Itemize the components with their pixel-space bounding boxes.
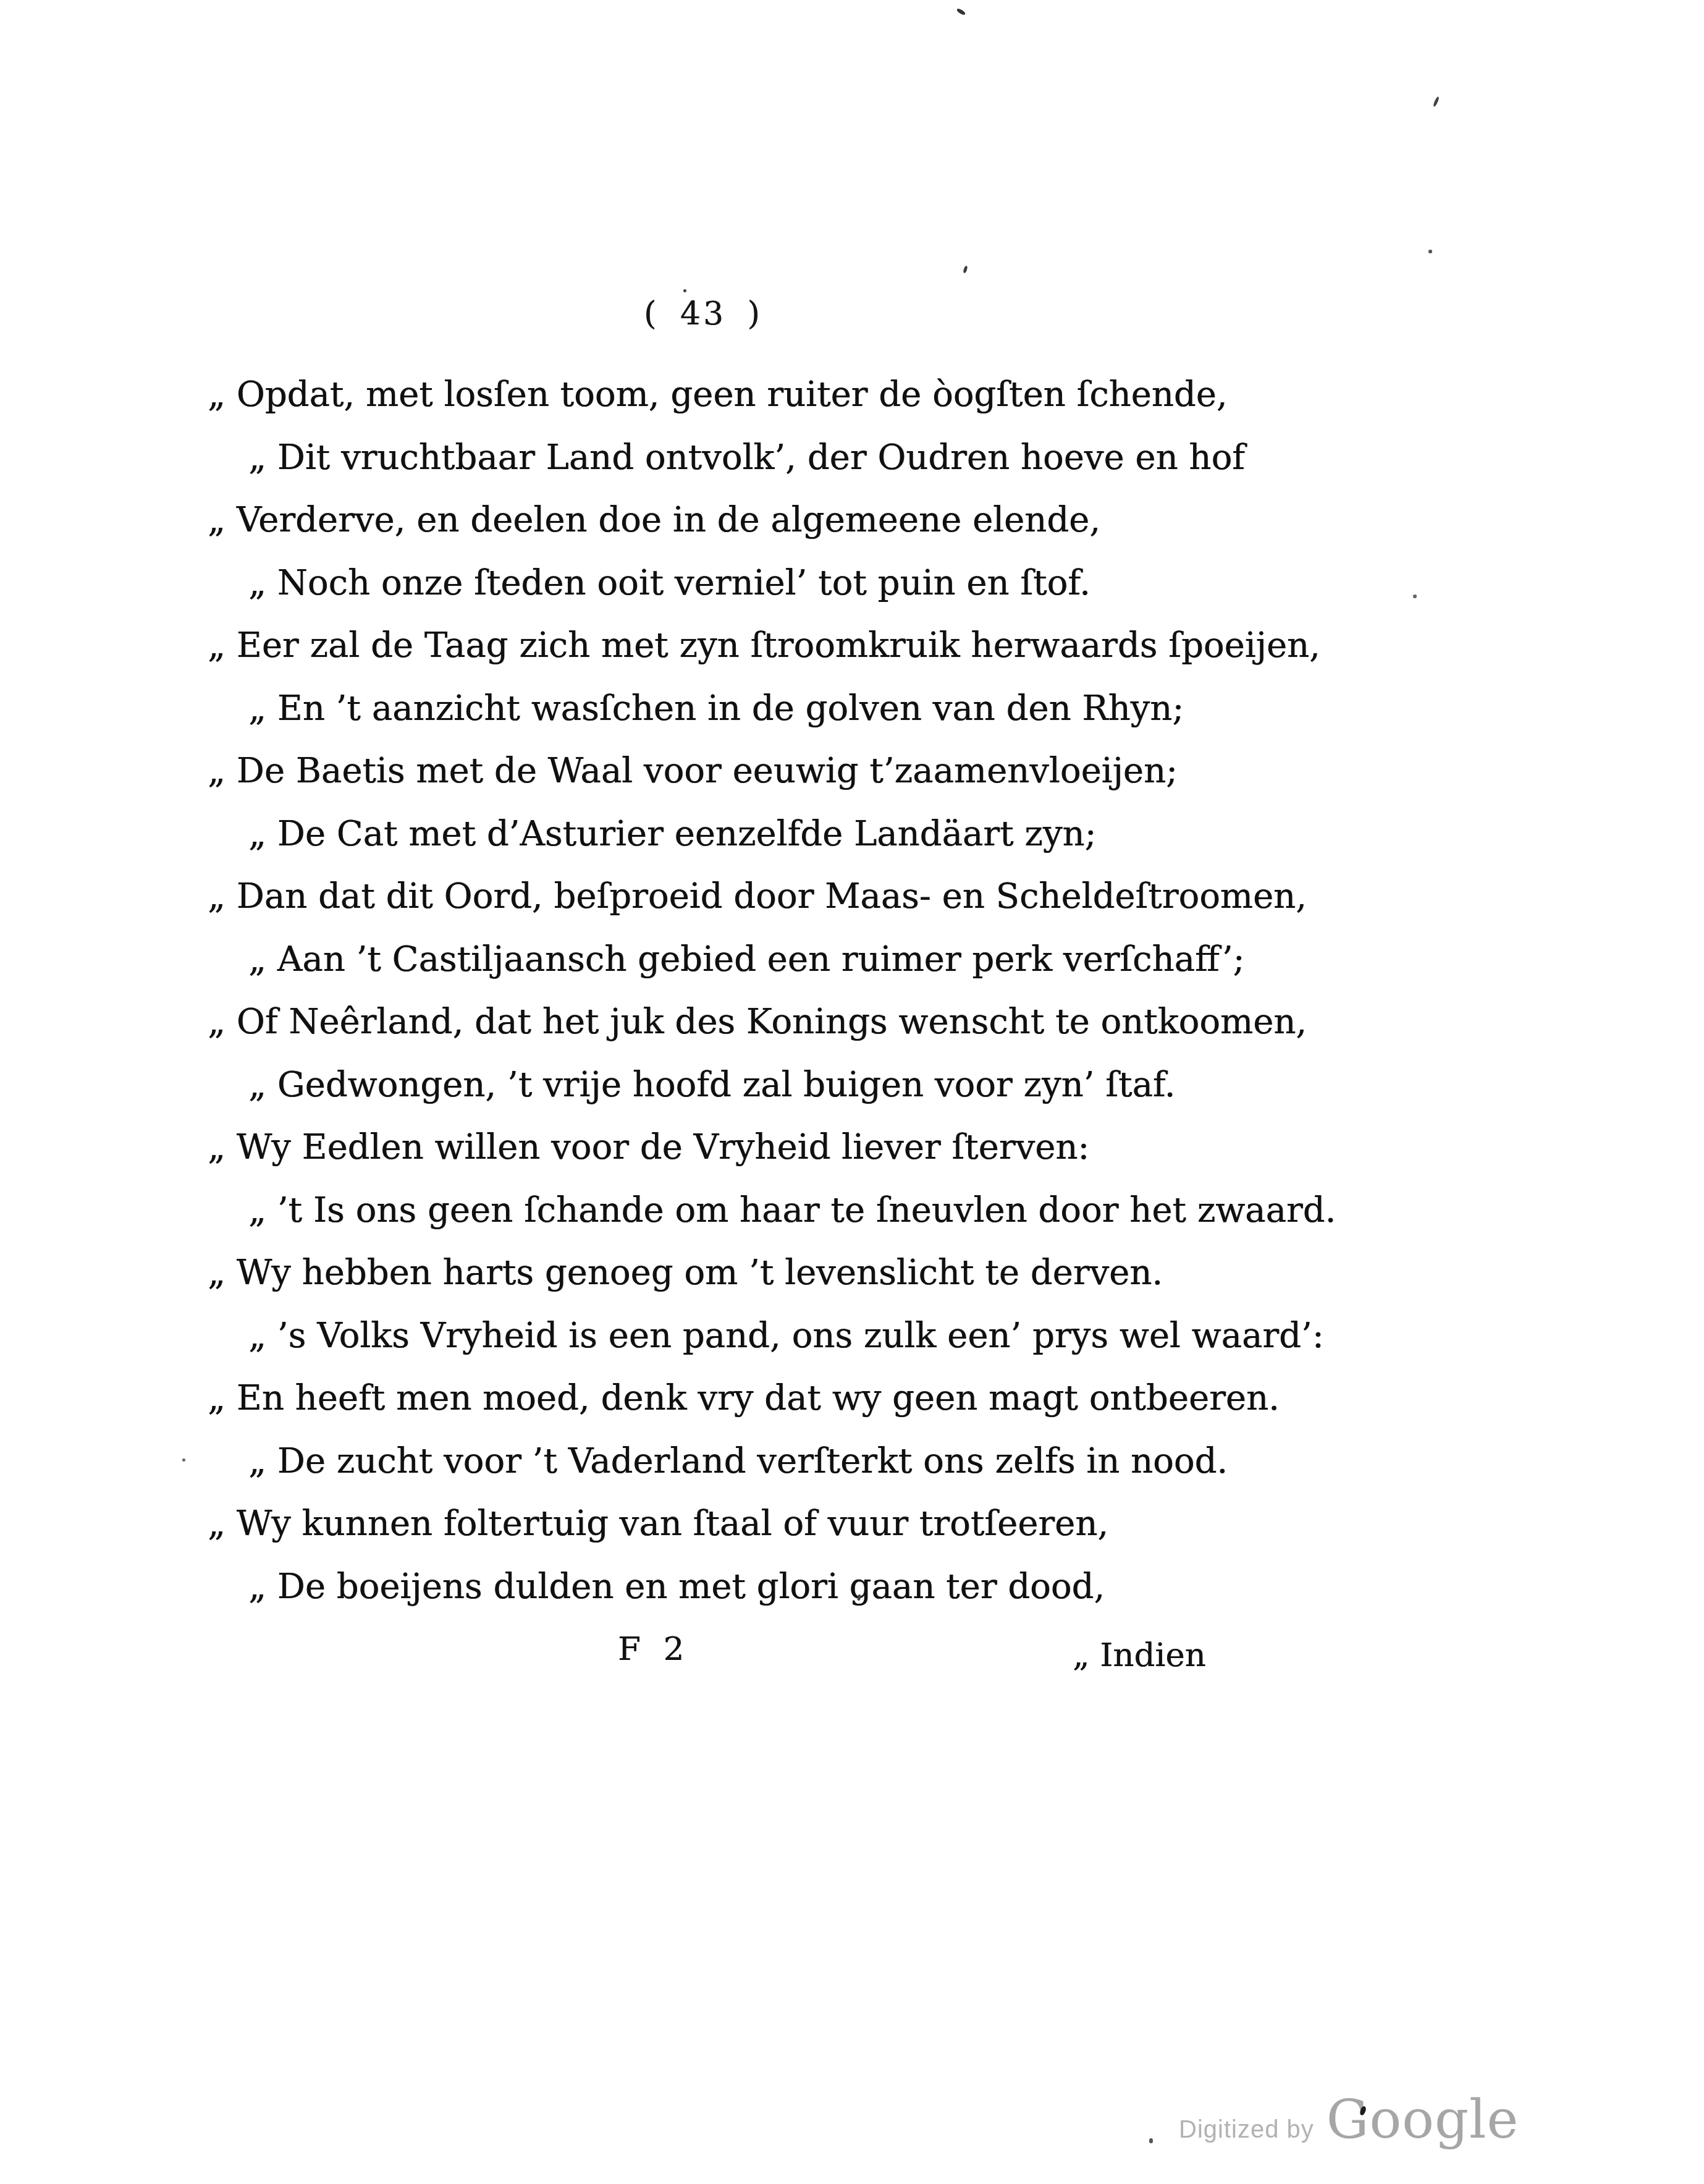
poem-line: „ Wy kunnen foltertuig van ſtaal of vuur… xyxy=(208,1492,1336,1555)
poem-line: „ Dit vruchtbaar Land ontvolk’, der Oudr… xyxy=(208,426,1336,489)
scanned-book-page: ( 43 ) „ Opdat, met losſen toom, geen ru… xyxy=(0,0,1704,2184)
catchword: „ Indien xyxy=(1073,1636,1206,1674)
watermark-prefix-text: Digitized by xyxy=(1179,2116,1314,2144)
poem-line: „ Wy hebben harts genoeg om ’t levenslic… xyxy=(208,1242,1336,1305)
poem-line: „ Noch onze ſteden ooit verniel’ tot pui… xyxy=(208,552,1336,615)
poem-line: „ Eer zal de Taag zich met zyn ſtroomkru… xyxy=(208,614,1336,677)
page-number: ( 43 ) xyxy=(644,295,762,332)
poem-line: „ Of Neêrland, dat het juk des Konings w… xyxy=(208,991,1336,1054)
scan-speck xyxy=(1413,595,1417,598)
scan-speck xyxy=(683,289,686,292)
scan-speck xyxy=(956,7,966,15)
poem-line: „ Wy Eedlen willen voor de Vryheid lieve… xyxy=(208,1116,1336,1179)
poem-line: „ ’t Is ons geen ſchande om haar te ſneu… xyxy=(208,1179,1336,1242)
google-logo: Google xyxy=(1327,2089,1519,2151)
scan-speck xyxy=(182,1458,185,1462)
poem-line: „ De Cat met d’Asturier eenzelfde Landäa… xyxy=(208,803,1336,866)
poem-line: „ Gedwongen, ’t vrije hoofd zal buigen v… xyxy=(208,1054,1336,1117)
scan-speck xyxy=(1428,250,1432,253)
poem-line: „ En ’t aanzicht wasſchen in de golven v… xyxy=(208,677,1336,740)
poem-line: „ Dan dat dit Oord, beſproeid door Maas-… xyxy=(208,865,1336,928)
page-footer: F 2 „ Indien xyxy=(0,1625,1704,1693)
poem-line: „ Aan ’t Castiljaansch gebied een ruimer… xyxy=(208,928,1336,991)
scan-speck xyxy=(1433,96,1440,108)
digitized-by-google-watermark: Digitized by Google xyxy=(1179,2089,1519,2151)
poem-line: „ De Baetis met de Waal voor eeuwig t’za… xyxy=(208,740,1336,803)
poem-line: „ De zucht voor ’t Vaderland verſterkt o… xyxy=(208,1430,1336,1493)
poem-line: „ Opdat, met losſen toom, geen ruiter de… xyxy=(208,363,1336,426)
poem-line: „ En heeft men moed, denk vry dat wy gee… xyxy=(208,1367,1336,1430)
poem-line: „ ’s Volks Vryheid is een pand, ons zulk… xyxy=(208,1305,1336,1368)
scan-speck xyxy=(1149,2138,1153,2143)
poem-text-block: „ Opdat, met losſen toom, geen ruiter de… xyxy=(208,363,1336,1618)
poem-line: „ De boeijens dulden en met glori gaan t… xyxy=(208,1555,1336,1619)
scan-speck xyxy=(963,266,968,274)
signature-mark: F 2 xyxy=(618,1630,684,1668)
poem-line: „ Verderve, en deelen doe in de algemeen… xyxy=(208,489,1336,552)
